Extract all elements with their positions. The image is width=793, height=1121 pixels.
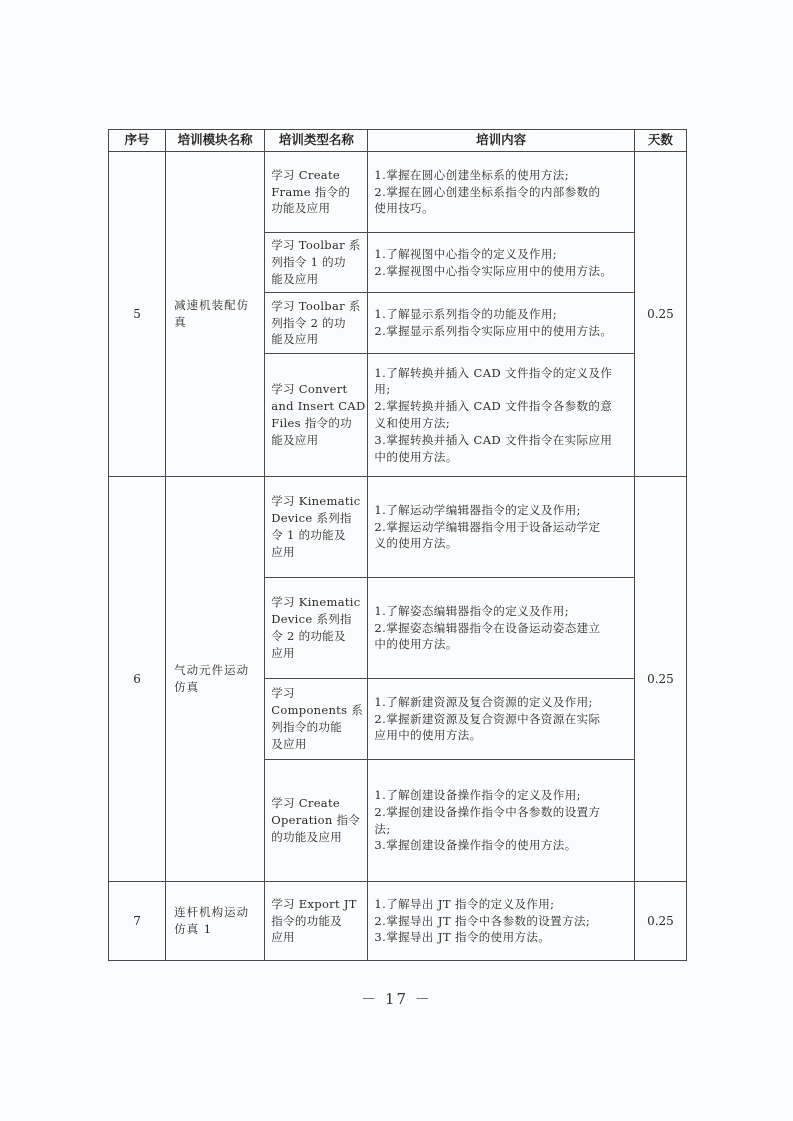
training-type-line: 令 2 的功能及 [271,628,362,645]
training-content-line: 中的使用方法。 [374,449,627,466]
header-training-type: 培训类型名称 [265,130,368,152]
training-type-line: 的功能及应用 [271,829,362,846]
training-type-line: 指令的功能及 [271,913,362,930]
training-content-line: 法; [374,821,627,838]
training-content-cell: 1.了解创建设备操作指令的定义及作用;2.掌握创建设备操作指令中各参数的设置方法… [368,760,634,882]
training-type-line: 功能及应用 [271,200,362,217]
training-content-line: 义的使用方法。 [374,535,627,552]
training-table: 序号 培训模块名称 培训类型名称 培训内容 天数 5减速机装配仿真学习 Crea… [108,129,687,961]
training-type-line: 应用 [271,544,362,561]
training-type-line: 学习 Kinematic [271,493,362,510]
training-type-line: 能及应用 [271,331,362,348]
training-content-line: 1.掌握在圆心创建坐标系的使用方法; [374,167,627,184]
table-body: 5减速机装配仿真学习 CreateFrame 指令的功能及应用1.掌握在圆心创建… [109,152,687,961]
module-name-line: 仿真 1 [174,921,258,938]
training-type-line: Device 系列指 [271,510,362,527]
training-content-cell: 1.了解新建资源及复合资源的定义及作用;2.掌握新建资源及复合资源中各资源在实际… [368,679,634,760]
training-content-cell: 1.了解导出 JT 指令的定义及作用;2.掌握导出 JT 指令中各参数的设置方法… [368,882,634,961]
table-row: 6气动元件运动仿真学习 KinematicDevice 系列指令 1 的功能及应… [109,477,687,578]
module-name-cell: 连杆机构运动仿真 1 [166,882,265,961]
training-type-line: 令 1 的功能及 [271,527,362,544]
days-cell: 0.25 [634,882,686,961]
training-type-line: 学习 Toolbar 系 [271,298,362,315]
module-name-line: 气动元件运动 [174,662,258,679]
training-type-line: 学习 Kinematic [271,594,362,611]
training-type-line: 学习 Toolbar 系 [271,237,362,254]
training-content-line: 1.了解运动学编辑器指令的定义及作用; [374,502,627,519]
serial-number-cell: 6 [109,477,166,882]
training-content-cell: 1.了解视图中心指令的定义及作用;2.掌握视图中心指令实际应用中的使用方法。 [368,233,634,293]
table-row: 5减速机装配仿真学习 CreateFrame 指令的功能及应用1.掌握在圆心创建… [109,152,687,233]
training-content-cell: 1.了解转换并插入 CAD 文件指令的定义及作用;2.掌握转换并插入 CAD 文… [368,354,634,477]
training-type-line: Device 系列指 [271,611,362,628]
training-content-line: 1.了解转换并插入 CAD 文件指令的定义及作 [374,365,627,382]
training-type-cell: 学习 Toolbar 系列指令 1 的功能及应用 [265,233,368,293]
training-type-line: 列指令的功能 [271,719,362,736]
module-name-line: 减速机装配仿 [174,297,258,314]
training-content-line: 2.掌握运动学编辑器指令用于设备运动学定 [374,519,627,536]
days-cell: 0.25 [634,152,686,477]
training-content-cell: 1.了解姿态编辑器指令的定义及作用;2.掌握姿态编辑器指令在设备运动姿态建立中的… [368,578,634,679]
page-number: － 17 － [0,988,793,1009]
module-name-line: 仿真 [174,679,258,696]
training-content-line: 2.掌握导出 JT 指令中各参数的设置方法; [374,913,627,930]
days-cell: 0.25 [634,477,686,882]
training-type-line: 学习 Convert [271,381,362,398]
training-type-line: Components 系 [271,702,362,719]
training-type-cell: 学习 Convertand Insert CADFiles 指令的功能及应用 [265,354,368,477]
training-content-line: 应用中的使用方法。 [374,727,627,744]
serial-number-cell: 5 [109,152,166,477]
training-content-cell: 1.掌握在圆心创建坐标系的使用方法;2.掌握在圆心创建坐标系指令的内部参数的使用… [368,152,634,233]
training-content-cell: 1.了解显示系列指令的功能及作用;2.掌握显示系列指令实际应用中的使用方法。 [368,293,634,354]
header-serial-number: 序号 [109,130,166,152]
training-content-line: 义和使用方法; [374,415,627,432]
training-type-line: 学习 Create [271,795,362,812]
training-type-line: 应用 [271,645,362,662]
training-content-line: 2.掌握在圆心创建坐标系指令的内部参数的 [374,184,627,201]
training-type-line: 应用 [271,929,362,946]
training-type-line: 学习 Create [271,167,362,184]
training-type-cell: 学习 KinematicDevice 系列指令 1 的功能及应用 [265,477,368,578]
training-content-line: 2.掌握姿态编辑器指令在设备运动姿态建立 [374,620,627,637]
header-module-name: 培训模块名称 [166,130,265,152]
training-content-line: 2.掌握显示系列指令实际应用中的使用方法。 [374,323,627,340]
training-type-cell: 学习Components 系列指令的功能及应用 [265,679,368,760]
training-content-line: 3.掌握创建设备操作指令的使用方法。 [374,837,627,854]
training-type-cell: 学习 CreateOperation 指令的功能及应用 [265,760,368,882]
training-content-line: 用; [374,381,627,398]
training-content-line: 1.了解导出 JT 指令的定义及作用; [374,896,627,913]
training-content-line: 2.掌握创建设备操作指令中各参数的设置方 [374,804,627,821]
training-type-line: 学习 Export JT [271,896,362,913]
serial-number-cell: 7 [109,882,166,961]
document-page: 序号 培训模块名称 培训类型名称 培训内容 天数 5减速机装配仿真学习 Crea… [0,0,793,1121]
training-content-cell: 1.了解运动学编辑器指令的定义及作用;2.掌握运动学编辑器指令用于设备运动学定义… [368,477,634,578]
training-content-line: 2.掌握视图中心指令实际应用中的使用方法。 [374,263,627,280]
training-content-line: 2.掌握转换并插入 CAD 文件指令各参数的意 [374,398,627,415]
training-type-line: Files 指令的功 [271,415,362,432]
training-content-line: 3.掌握转换并插入 CAD 文件指令在实际应用 [374,432,627,449]
table-row: 7连杆机构运动仿真 1学习 Export JT指令的功能及应用1.了解导出 JT… [109,882,687,961]
training-content-line: 1.了解创建设备操作指令的定义及作用; [374,787,627,804]
training-type-line: 能及应用 [271,432,362,449]
module-name-line: 连杆机构运动 [174,904,258,921]
training-content-line: 3.掌握导出 JT 指令的使用方法。 [374,929,627,946]
training-type-line: Frame 指令的 [271,184,362,201]
training-type-cell: 学习 KinematicDevice 系列指令 2 的功能及应用 [265,578,368,679]
training-type-line: 及应用 [271,736,362,753]
training-type-cell: 学习 CreateFrame 指令的功能及应用 [265,152,368,233]
training-type-line: 列指令 1 的功 [271,254,362,271]
module-name-cell: 减速机装配仿真 [166,152,265,477]
training-type-line: and Insert CAD [271,398,362,415]
training-content-line: 中的使用方法。 [374,636,627,653]
module-name-cell: 气动元件运动仿真 [166,477,265,882]
training-content-line: 使用技巧。 [374,200,627,217]
training-content-line: 1.了解新建资源及复合资源的定义及作用; [374,694,627,711]
training-type-cell: 学习 Export JT指令的功能及应用 [265,882,368,961]
training-content-line: 2.掌握新建资源及复合资源中各资源在实际 [374,711,627,728]
training-type-line: Operation 指令 [271,812,362,829]
training-type-cell: 学习 Toolbar 系列指令 2 的功能及应用 [265,293,368,354]
training-content-line: 1.了解视图中心指令的定义及作用; [374,246,627,263]
table-header-row: 序号 培训模块名称 培训类型名称 培训内容 天数 [109,130,687,152]
training-type-line: 能及应用 [271,271,362,288]
training-type-line: 学习 [271,685,362,702]
training-content-line: 1.了解显示系列指令的功能及作用; [374,306,627,323]
training-type-line: 列指令 2 的功 [271,315,362,332]
module-name-line: 真 [174,314,258,331]
header-days: 天数 [634,130,686,152]
training-content-line: 1.了解姿态编辑器指令的定义及作用; [374,603,627,620]
header-training-content: 培训内容 [368,130,634,152]
